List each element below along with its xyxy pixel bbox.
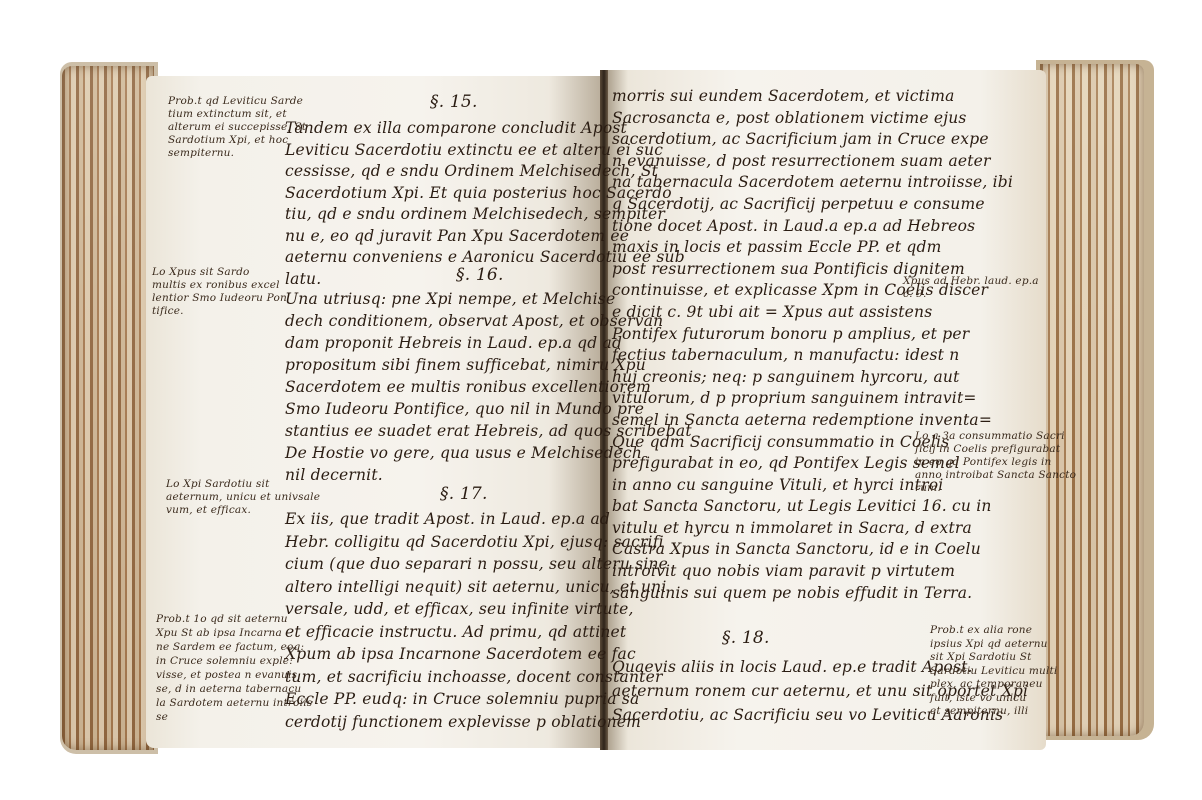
margin-line: et sempiternu, illi [930, 705, 1057, 719]
margin-line: tifice. [152, 305, 287, 318]
margin-line: multis ex ronibus excel [152, 279, 287, 292]
text-line: Pontifex futurorum bonoru p amplius, et … [612, 324, 1013, 346]
text-line: et efficacie instructu. Ad primu, qd att… [285, 621, 668, 644]
text-line: maxis in locis et passim Eccle PP. et qd… [612, 237, 1013, 259]
text-line: versale, udd, et efficax, seu infinite v… [285, 598, 668, 621]
text-line: Eccle PP. eudq: in Cruce solemniu pupria… [285, 688, 668, 711]
margin-line: c. 9. [903, 288, 1039, 301]
margin-line: Lo Xpus sit Sardo [152, 266, 287, 279]
section-17-text: Ex iis, que tradit Apost. in Laud. ep.a … [285, 508, 668, 733]
right-page-text: morris sui eundem Sacerdotem, et victima… [612, 86, 1013, 604]
margin-line: plex, ac temporaneu [930, 678, 1057, 692]
text-line: Hebr. colligitu qd Sacerdotiu Xpi, ejusq… [285, 531, 668, 554]
section-heading-17: §. 17. [440, 484, 488, 504]
text-line: altero intelligi nequit) sit aeternu, un… [285, 576, 668, 599]
left-fore-edge [62, 66, 154, 750]
text-line: tum, et sacrificiu inchoasse, docent con… [285, 666, 668, 689]
text-line: bat Sancta Sanctoru, ut Legis Levitici 1… [612, 496, 1013, 518]
margin-line: anno introibat Sancta Sancto [915, 469, 1076, 482]
text-line: Xpum ab ipsa Incarnone Sacerdotem ee fac [285, 643, 668, 666]
text-line: fectius tabernaculum, n manufactu: idest… [612, 345, 1013, 367]
text-line: q Sacerdotij, ac Sacrificij perpetuu e c… [612, 194, 1013, 216]
text-line: semel in Sancta aeterna redemptione inve… [612, 410, 1013, 432]
text-line: Ex iis, que tradit Apost. in Laud. ep.a … [285, 508, 668, 531]
section-heading-16: §. 16. [456, 265, 504, 285]
margin-line: sit Xpi Sardotiu St [930, 651, 1057, 665]
text-line: sanguinis sui quem pe nobis effudit in T… [612, 583, 1013, 605]
text-line: vitulorum, d p proprium sanguinem intrav… [612, 388, 1013, 410]
margin-line: aeternum, unicu et univsale [166, 491, 320, 504]
right-margin-note-1: Xpus ad Hebr. laud. ep.a c. 9. [903, 275, 1039, 301]
text-line: Sacrosancta e, post oblationem victime e… [612, 108, 1013, 130]
margin-line: Lo a 3a consummatio Sacri [915, 430, 1076, 443]
text-line: vitulu et hyrcu n immolaret in Sacra, d … [612, 518, 1013, 540]
section-heading-18: §. 18. [722, 628, 770, 648]
text-line: morris sui eundem Sacerdotem, et victima [612, 86, 1013, 108]
margin-line: ficij in Coelis prefigurabat [915, 443, 1076, 456]
text-line: Castra Xpus in Sancta Sanctoru, id e in … [612, 539, 1013, 561]
margin-line: in eo qd Pontifex legis in [915, 456, 1076, 469]
margin-line: fuit, iste vo unicu [930, 692, 1057, 706]
margin-line: lentior Smo Iudeoru Pon [152, 292, 287, 305]
text-line: introivit quo nobis viam paravit p virtu… [612, 561, 1013, 583]
margin-line: rum. [915, 482, 1076, 495]
text-line: cerdotij functionem explevisse p oblatio… [285, 711, 668, 734]
left-margin-note-2: Lo Xpus sit Sardo multis ex ronibus exce… [152, 266, 287, 318]
margin-line: Prob.t qd Leviticu Sarde [168, 95, 306, 108]
margin-line: Prob.t ex alia rone [930, 624, 1057, 638]
right-margin-note-3: Prob.t ex alia rone ipsius Xpi qd aetern… [930, 624, 1057, 719]
text-line: huj creonis; neq: p sanguinem hyrcoru, a… [612, 367, 1013, 389]
right-margin-note-2: Lo a 3a consummatio Sacri ficij in Coeli… [915, 430, 1076, 495]
text-line: n evanuisse, d post resurrectionem suam … [612, 151, 1013, 173]
open-manuscript-book: Prob.t qd Leviticu Sarde tium extinctum … [0, 0, 1202, 800]
text-line: tione docet Apost. in Laud.a ep.a ad Heb… [612, 216, 1013, 238]
text-line: na tabernacula Sacerdotem aeternu introi… [612, 172, 1013, 194]
section-heading-15: §. 15. [430, 92, 478, 112]
margin-line: Xpus ad Hebr. laud. ep.a [903, 275, 1039, 288]
text-line: cium (que duo separari n possu, seu alte… [285, 553, 668, 576]
text-line: e dicit c. 9t ubi ait = Xpus aut assiste… [612, 302, 1013, 324]
text-line: sacerdotium, ac Sacrificium jam in Cruce… [612, 129, 1013, 151]
margin-line: ipsius Xpi qd aeternu [930, 638, 1057, 652]
margin-line: Sardotiu Leviticu multi [930, 665, 1057, 679]
